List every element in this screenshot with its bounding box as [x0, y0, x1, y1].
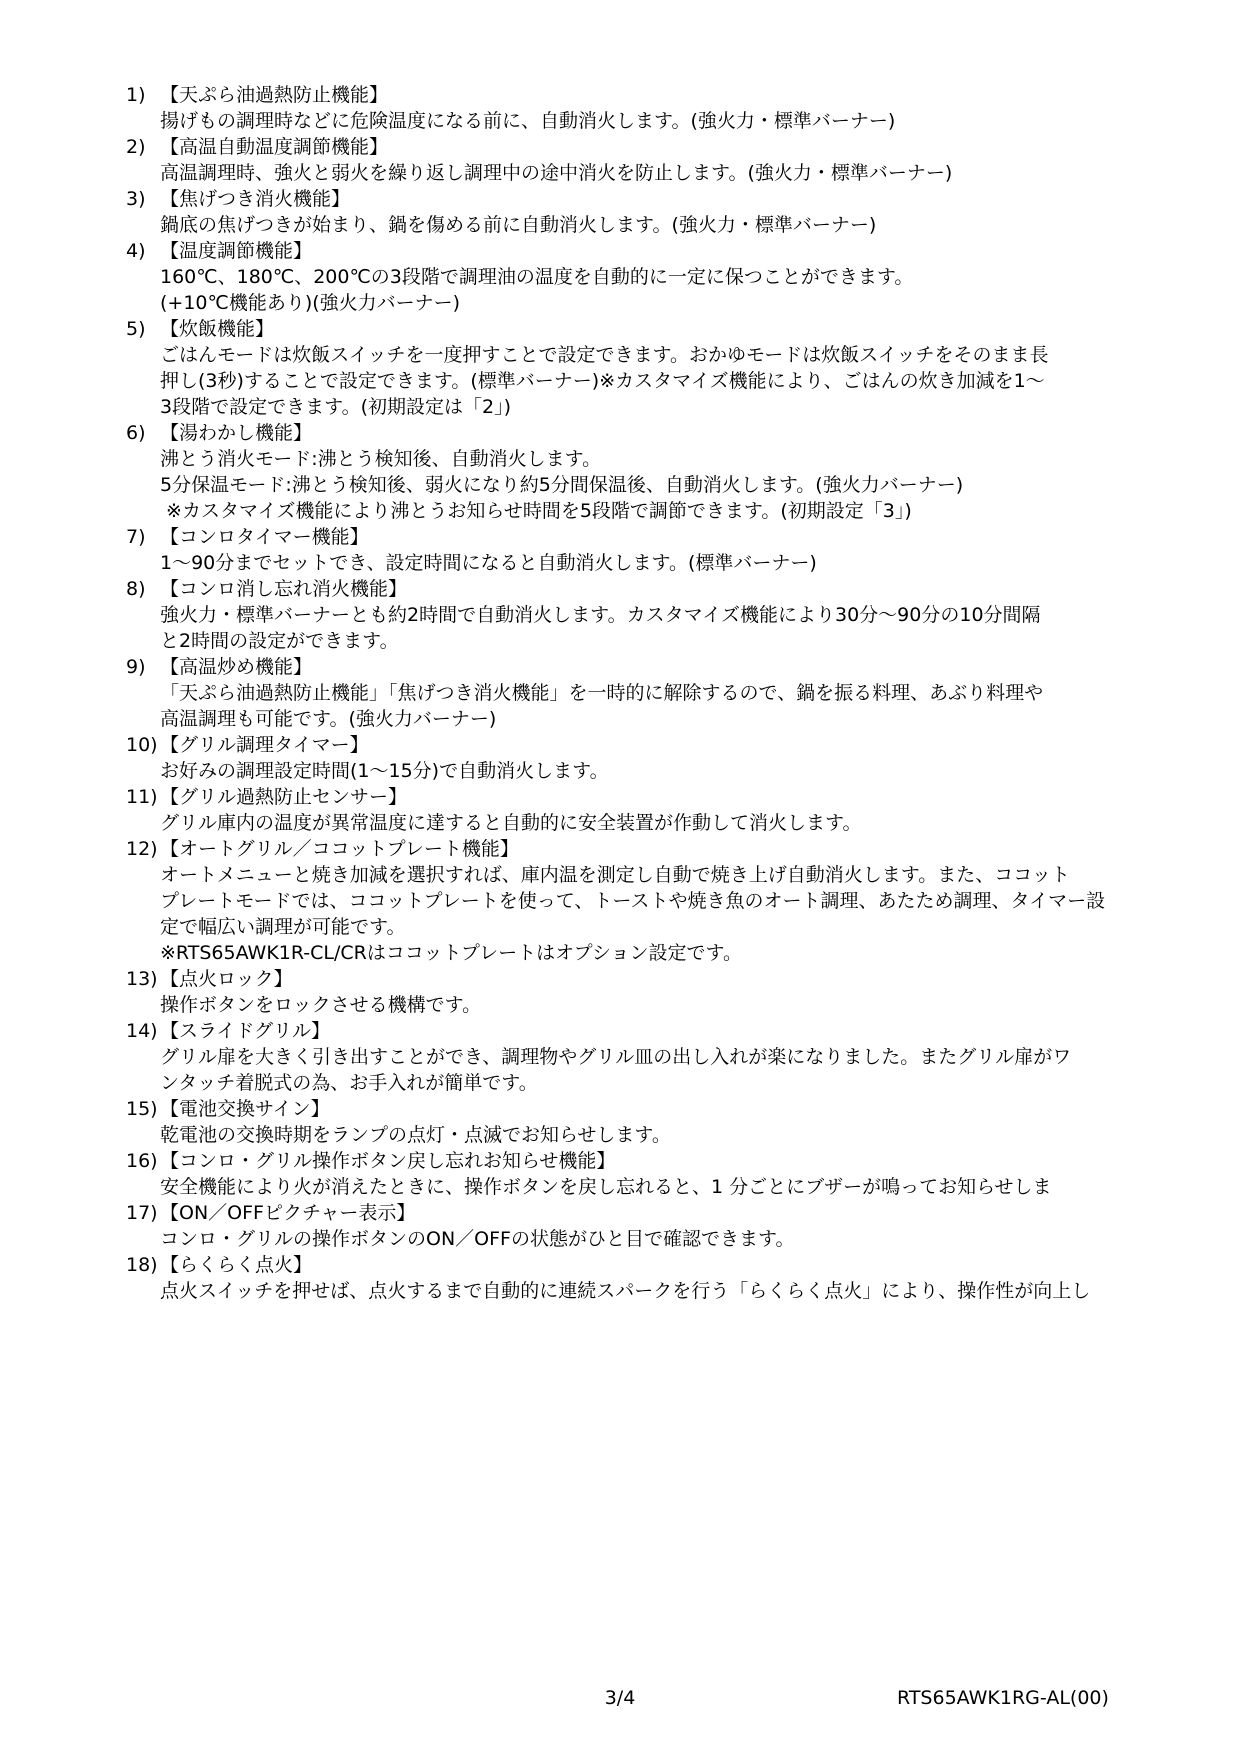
item-text-line: グリル庫内の温度が異常温度に達すると自動的に安全装置が作動して消火します。: [160, 810, 1240, 836]
item-text-line: オートメニューと焼き加減を選択すれば、庫内温を測定し自動で焼き上げ自動消火します…: [160, 862, 1240, 888]
document-page: 1) 【天ぷら油過熱防止機能】 揚げもの調理時などに危険温度になる前に、自動消火…: [0, 0, 1240, 1754]
list-item: 17) 【ON／OFFピクチャー表示】 コンロ・グリルの操作ボタンのON／OFF…: [126, 1200, 1240, 1252]
item-text-line: (+10℃機能あり)(強火力バーナー): [160, 290, 1240, 316]
item-text-line: ※カスタマイズ機能により沸とうお知らせ時間を5段階で調節できます。(初期設定「3…: [160, 498, 1240, 524]
item-text-line: 鍋底の焦げつきが始まり、鍋を傷める前に自動消火します。(強火力・標準バーナー): [160, 212, 1240, 238]
item-number: 15): [126, 1096, 160, 1122]
item-text-line: 押し(3秒)することで設定できます。(標準バーナー)※カスタマイズ機能により、ご…: [160, 368, 1240, 394]
list-item: 9) 【高温炒め機能】 「天ぷら油過熱防止機能」「焦げつき消火機能」を一時的に解…: [126, 654, 1240, 732]
item-text-line: ごはんモードは炊飯スイッチを一度押すことで設定できます。おかゆモードは炊飯スイッ…: [160, 342, 1240, 368]
item-lines: 【焦げつき消火機能】 鍋底の焦げつきが始まり、鍋を傷める前に自動消火します。(強…: [160, 186, 1240, 238]
list-item: 3) 【焦げつき消火機能】 鍋底の焦げつきが始まり、鍋を傷める前に自動消火します…: [126, 186, 1240, 238]
item-title: 【コンロタイマー機能】: [160, 524, 1240, 550]
item-lines: 【炊飯機能】 ごはんモードは炊飯スイッチを一度押すことで設定できます。おかゆモー…: [160, 316, 1240, 420]
item-text-line: 高温調理時、強火と弱火を繰り返し調理中の途中消火を防止します。(強火力・標準バー…: [160, 160, 1240, 186]
item-number: 6): [126, 420, 160, 446]
item-title: 【湯わかし機能】: [160, 420, 1240, 446]
item-text-line: 安全機能により火が消えたときに、操作ボタンを戻し忘れると、1 分ごとにブザーが鳴…: [160, 1174, 1240, 1200]
item-text-line: と2時間の設定ができます。: [160, 628, 1240, 654]
item-number: 3): [126, 186, 160, 212]
item-lines: 【天ぷら油過熱防止機能】 揚げもの調理時などに危険温度になる前に、自動消火します…: [160, 82, 1240, 134]
list-item: 4) 【温度調節機能】 160℃、180℃、200℃の3段階で調理油の温度を自動…: [126, 238, 1240, 316]
item-text-line: 高温調理も可能です。(強火力バーナー): [160, 706, 1240, 732]
item-number: 11): [126, 784, 160, 810]
item-text-line: 点火スイッチを押せば、点火するまで自動的に連続スパークを行う「らくらく点火」によ…: [160, 1278, 1240, 1304]
item-title: 【グリル過熱防止センサー】: [160, 784, 1240, 810]
item-title: 【ON／OFFピクチャー表示】: [160, 1200, 1240, 1226]
item-number: 12): [126, 836, 160, 862]
item-number: 13): [126, 966, 160, 992]
item-lines: 【コンロ消し忘れ消火機能】 強火力・標準バーナーとも約2時間で自動消火します。カ…: [160, 576, 1240, 654]
item-lines: 【電池交換サイン】 乾電池の交換時期をランプの点灯・点滅でお知らせします。: [160, 1096, 1240, 1148]
document-code: RTS65AWK1RG-AL(00): [897, 1685, 1109, 1711]
item-lines: 【点火ロック】 操作ボタンをロックさせる機構です。: [160, 966, 1240, 1018]
list-item: 18) 【らくらく点火】 点火スイッチを押せば、点火するまで自動的に連続スパーク…: [126, 1252, 1240, 1304]
item-title: 【グリル調理タイマー】: [160, 732, 1240, 758]
list-item: 12) 【オートグリル／ココットプレート機能】 オートメニューと焼き加減を選択す…: [126, 836, 1240, 966]
item-lines: 【高温炒め機能】 「天ぷら油過熱防止機能」「焦げつき消火機能」を一時的に解除する…: [160, 654, 1240, 732]
item-text-line: 強火力・標準バーナーとも約2時間で自動消火します。カスタマイズ機能により30分～…: [160, 602, 1240, 628]
item-lines: 【グリル過熱防止センサー】 グリル庫内の温度が異常温度に達すると自動的に安全装置…: [160, 784, 1240, 836]
list-item: 13) 【点火ロック】 操作ボタンをロックさせる機構です。: [126, 966, 1240, 1018]
item-lines: 【スライドグリル】 グリル扉を大きく引き出すことができ、調理物やグリル皿の出し入…: [160, 1018, 1240, 1096]
item-text-line: 揚げもの調理時などに危険温度になる前に、自動消火します。(強火力・標準バーナー): [160, 108, 1240, 134]
item-text-line: ※RTS65AWK1R-CL/CRはココットプレートはオプション設定です。: [160, 940, 1240, 966]
list-item: 7) 【コンロタイマー機能】 1～90分までセットでき、設定時間になると自動消火…: [126, 524, 1240, 576]
item-text-line: 定で幅広い調理が可能です。: [160, 914, 1240, 940]
list-item: 15) 【電池交換サイン】 乾電池の交換時期をランプの点灯・点滅でお知らせします…: [126, 1096, 1240, 1148]
item-text-line: 5分保温モード:沸とう検知後、弱火になり約5分間保温後、自動消火します。(強火力…: [160, 472, 1240, 498]
item-text-line: 操作ボタンをロックさせる機構です。: [160, 992, 1240, 1018]
item-title: 【点火ロック】: [160, 966, 1240, 992]
item-title: 【炊飯機能】: [160, 316, 1240, 342]
item-number: 10): [126, 732, 160, 758]
item-text-line: 160℃、180℃、200℃の3段階で調理油の温度を自動的に一定に保つことができ…: [160, 264, 1240, 290]
item-title: 【スライドグリル】: [160, 1018, 1240, 1044]
list-item: 14) 【スライドグリル】 グリル扉を大きく引き出すことができ、調理物やグリル皿…: [126, 1018, 1240, 1096]
item-title: 【らくらく点火】: [160, 1252, 1240, 1278]
list-item: 1) 【天ぷら油過熱防止機能】 揚げもの調理時などに危険温度になる前に、自動消火…: [126, 82, 1240, 134]
item-number: 5): [126, 316, 160, 342]
item-lines: 【コンロタイマー機能】 1～90分までセットでき、設定時間になると自動消火します…: [160, 524, 1240, 576]
item-number: 14): [126, 1018, 160, 1044]
item-lines: 【高温自動温度調節機能】 高温調理時、強火と弱火を繰り返し調理中の途中消火を防止…: [160, 134, 1240, 186]
item-text-line: プレートモードでは、ココットプレートを使って、トーストや焼き魚のオート調理、あた…: [160, 888, 1240, 914]
list-item: 5) 【炊飯機能】 ごはんモードは炊飯スイッチを一度押すことで設定できます。おか…: [126, 316, 1240, 420]
item-lines: 【らくらく点火】 点火スイッチを押せば、点火するまで自動的に連続スパークを行う「…: [160, 1252, 1240, 1304]
item-text-line: 1～90分までセットでき、設定時間になると自動消火します。(標準バーナー): [160, 550, 1240, 576]
item-number: 18): [126, 1252, 160, 1278]
item-number: 17): [126, 1200, 160, 1226]
item-text-line: グリル扉を大きく引き出すことができ、調理物やグリル皿の出し入れが楽になりました。…: [160, 1044, 1240, 1070]
item-title: 【温度調節機能】: [160, 238, 1240, 264]
list-item: 2) 【高温自動温度調節機能】 高温調理時、強火と弱火を繰り返し調理中の途中消火…: [126, 134, 1240, 186]
item-number: 8): [126, 576, 160, 602]
item-title: 【オートグリル／ココットプレート機能】: [160, 836, 1240, 862]
list-item: 8) 【コンロ消し忘れ消火機能】 強火力・標準バーナーとも約2時間で自動消火しま…: [126, 576, 1240, 654]
list-item: 11) 【グリル過熱防止センサー】 グリル庫内の温度が異常温度に達すると自動的に…: [126, 784, 1240, 836]
item-lines: 【温度調節機能】 160℃、180℃、200℃の3段階で調理油の温度を自動的に一…: [160, 238, 1240, 316]
item-text-line: 沸とう消火モード:沸とう検知後、自動消火します。: [160, 446, 1240, 472]
item-number: 1): [126, 82, 160, 108]
item-lines: 【グリル調理タイマー】 お好みの調理設定時間(1～15分)で自動消火します。: [160, 732, 1240, 784]
item-text-line: 「天ぷら油過熱防止機能」「焦げつき消火機能」を一時的に解除するので、鍋を振る料理…: [160, 680, 1240, 706]
item-lines: 【湯わかし機能】 沸とう消火モード:沸とう検知後、自動消火します。5分保温モード…: [160, 420, 1240, 524]
item-number: 16): [126, 1148, 160, 1174]
item-lines: 【ON／OFFピクチャー表示】 コンロ・グリルの操作ボタンのON／OFFの状態が…: [160, 1200, 1240, 1252]
list-item: 10) 【グリル調理タイマー】 お好みの調理設定時間(1～15分)で自動消火しま…: [126, 732, 1240, 784]
item-text-line: 乾電池の交換時期をランプの点灯・点滅でお知らせします。: [160, 1122, 1240, 1148]
item-number: 2): [126, 134, 160, 160]
item-lines: 【オートグリル／ココットプレート機能】 オートメニューと焼き加減を選択すれば、庫…: [160, 836, 1240, 966]
list-item: 16) 【コンロ・グリル操作ボタン戻し忘れお知らせ機能】 安全機能により火が消え…: [126, 1148, 1240, 1200]
item-title: 【電池交換サイン】: [160, 1096, 1240, 1122]
item-lines: 【コンロ・グリル操作ボタン戻し忘れお知らせ機能】 安全機能により火が消えたときに…: [160, 1148, 1240, 1200]
item-number: 9): [126, 654, 160, 680]
feature-list: 1) 【天ぷら油過熱防止機能】 揚げもの調理時などに危険温度になる前に、自動消火…: [126, 82, 1240, 1304]
item-number: 4): [126, 238, 160, 264]
item-number: 7): [126, 524, 160, 550]
item-title: 【天ぷら油過熱防止機能】: [160, 82, 1240, 108]
item-title: 【コンロ・グリル操作ボタン戻し忘れお知らせ機能】: [160, 1148, 1240, 1174]
item-text-line: ンタッチ着脱式の為、お手入れが簡単です。: [160, 1070, 1240, 1096]
item-text-line: お好みの調理設定時間(1～15分)で自動消火します。: [160, 758, 1240, 784]
item-title: 【焦げつき消火機能】: [160, 186, 1240, 212]
list-item: 6) 【湯わかし機能】 沸とう消火モード:沸とう検知後、自動消火します。5分保温…: [126, 420, 1240, 524]
item-title: 【高温炒め機能】: [160, 654, 1240, 680]
item-title: 【コンロ消し忘れ消火機能】: [160, 576, 1240, 602]
item-text-line: コンロ・グリルの操作ボタンのON／OFFの状態がひと目で確認できます。: [160, 1226, 1240, 1252]
item-text-line: 3段階で設定できます。(初期設定は「2」): [160, 394, 1240, 420]
item-title: 【高温自動温度調節機能】: [160, 134, 1240, 160]
